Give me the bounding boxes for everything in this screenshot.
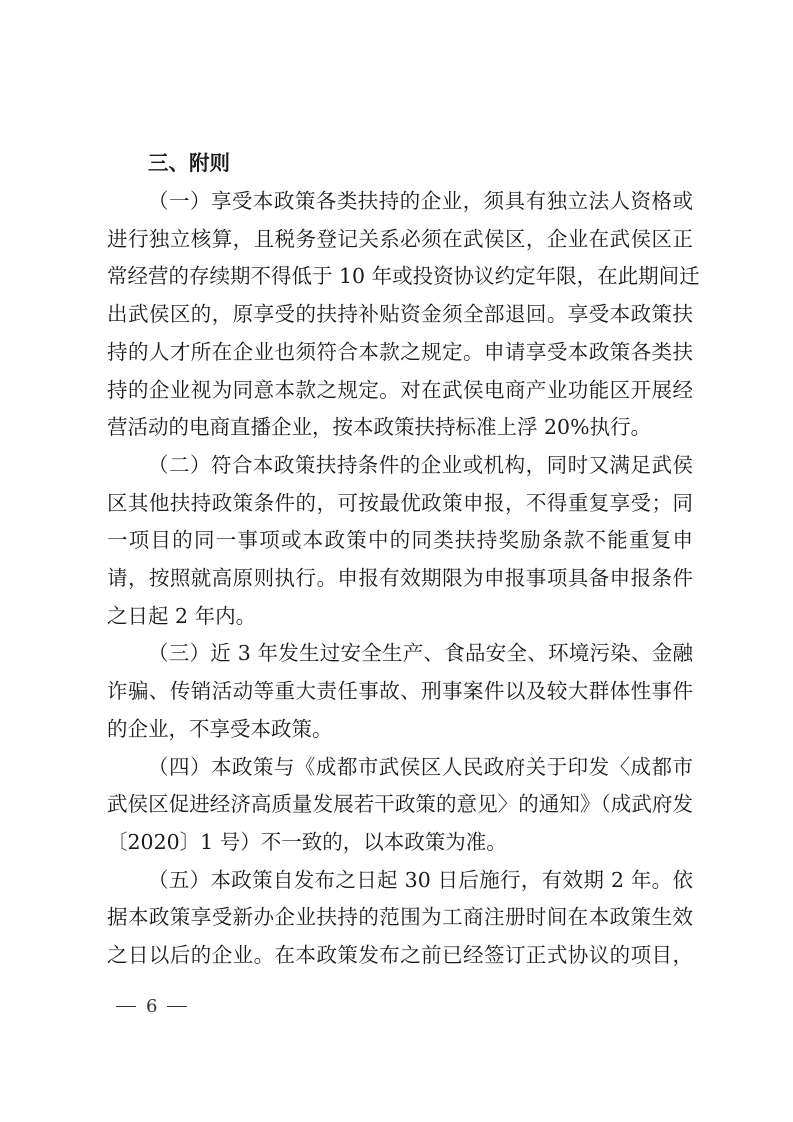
text-line: 持的企业视为同意本款之规定。对在武侯电商产业功能区开展经 (107, 375, 693, 405)
text-line: 一项目的同一事项或本政策中的同类扶持奖励条款不能重复申 (107, 525, 693, 555)
text-line: 常经营的存续期不得低于 10 年或投资协议约定年限，在此期间迁 (107, 261, 693, 291)
text-line: 请，按照就高原则执行。申报有效期限为申报事项具备申报条件 (107, 563, 693, 593)
text-line: （四）本政策与《成都市武侯区人民政府关于印发〈成都市 (148, 752, 693, 782)
text-line: 营活动的电商直播企业，按本政策扶持标准上浮 20%执行。 (107, 412, 693, 442)
footer-dash-left (116, 1006, 136, 1008)
text-line: 的企业，不享受本政策。 (107, 714, 693, 744)
document-page: 三、附则 （一）享受本政策各类扶持的企业，须具有独立法人资格或进行独立核算，且税… (0, 0, 793, 1122)
text-line: （二）符合本政策扶持条件的企业或机构，同时又满足武侯 (148, 450, 693, 480)
text-line: 〔2020〕1 号）不一致的，以本政策为准。 (107, 827, 693, 857)
page-number: 6 (146, 996, 157, 1017)
text-line: 区其他扶持政策条件的，可按最优政策申报，不得重复享受；同 (107, 488, 693, 518)
section-heading: 三、附则 (148, 148, 230, 178)
text-line: 出武侯区的，原享受的扶持补贴资金须全部退回。享受本政策扶 (107, 299, 693, 329)
text-line: 诈骗、传销活动等重大责任事故、刑事案件以及较大群体性事件 (107, 676, 693, 706)
text-line: 进行独立核算，且税务登记关系必须在武侯区，企业在武侯区正 (107, 224, 693, 254)
footer-dash-right (167, 1006, 187, 1008)
text-line: 之日以后的企业。在本政策发布之前已经签订正式协议的项目， (107, 940, 693, 970)
text-line: （三）近 3 年发生过安全生产、食品安全、环境污染、金融 (148, 638, 693, 668)
text-line: 武侯区促进经济高质量发展若干政策的意见〉的通知》（成武府发 (107, 789, 693, 819)
text-line: （一）享受本政策各类扶持的企业，须具有独立法人资格或 (148, 186, 693, 216)
text-line: 据本政策享受新办企业扶持的范围为工商注册时间在本政策生效 (107, 902, 693, 932)
text-line: 之日起 2 年内。 (107, 601, 693, 631)
text-line: （五）本政策自发布之日起 30 日后施行，有效期 2 年。依 (148, 865, 693, 895)
page-footer: 6 (116, 996, 187, 1017)
text-line: 持的人才所在企业也须符合本款之规定。申请享受本政策各类扶 (107, 337, 693, 367)
